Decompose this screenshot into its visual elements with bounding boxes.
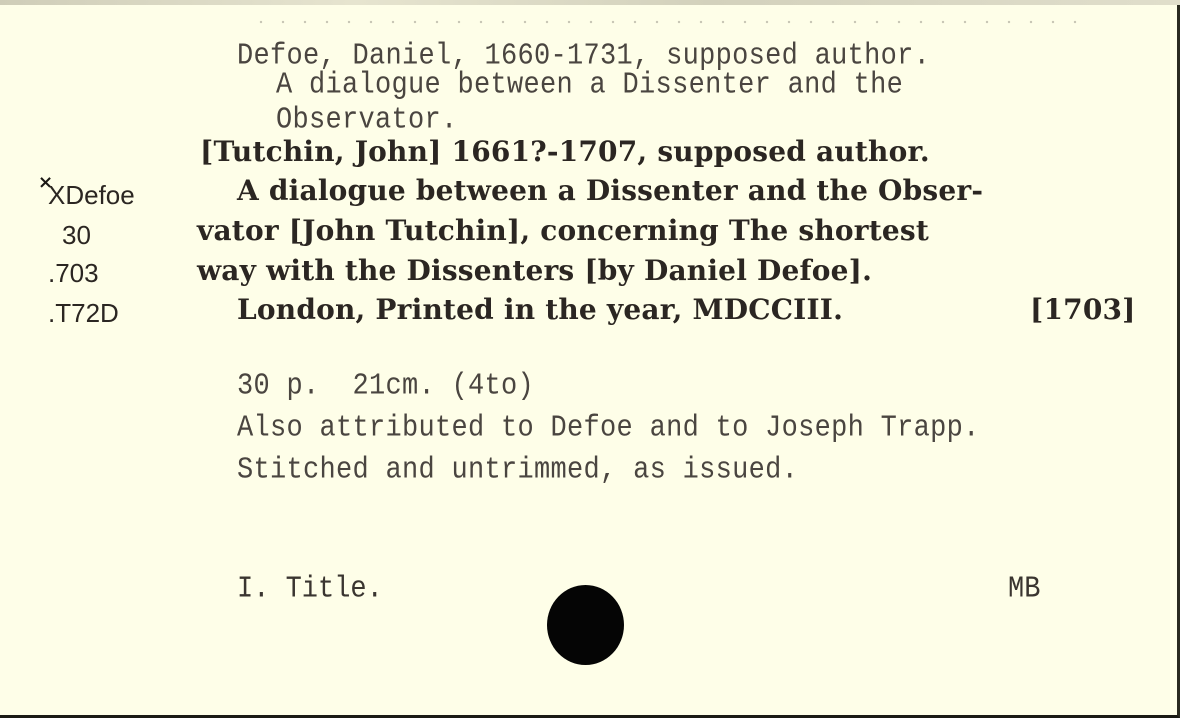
rod-hole bbox=[547, 585, 624, 665]
imprint-date: [1703] bbox=[1030, 293, 1136, 326]
collation: 30 p. 21cm. (4to) bbox=[237, 370, 534, 404]
library-symbol: MB bbox=[1008, 573, 1040, 607]
title-line-2: vator [John Tutchin], concerning The sho… bbox=[197, 214, 929, 247]
imprint: London, Printed in the year, MDCCIII. bbox=[237, 293, 843, 326]
note-2: Stitched and untrimmed, as issued. bbox=[237, 454, 798, 488]
call-number-line-1: XDefoe bbox=[48, 180, 135, 211]
added-entry-title-line-2: Observator. bbox=[276, 104, 458, 138]
main-entry-author: [Tutchin, John] 1661?-1707, supposed aut… bbox=[200, 135, 930, 168]
title-line-3: way with the Dissenters [by Daniel Defoe… bbox=[197, 254, 872, 287]
note-1: Also attributed to Defoe and to Joseph T… bbox=[237, 412, 980, 446]
tracing: I. Title. bbox=[237, 573, 383, 607]
catalog-card: Defoe, Daniel, 1660-1731, supposed autho… bbox=[0, 0, 1180, 718]
faint-typed-marks bbox=[250, 20, 1080, 24]
call-number-line-2: 30 bbox=[62, 220, 91, 251]
title-line-1: A dialogue between a Dissenter and the O… bbox=[237, 174, 983, 207]
call-number-line-4: .T72D bbox=[48, 298, 119, 329]
added-entry-title-line-1: A dialogue between a Dissenter and the bbox=[276, 69, 903, 103]
call-number-line-3: .703 bbox=[48, 258, 99, 289]
card-top-edge bbox=[0, 0, 1180, 5]
